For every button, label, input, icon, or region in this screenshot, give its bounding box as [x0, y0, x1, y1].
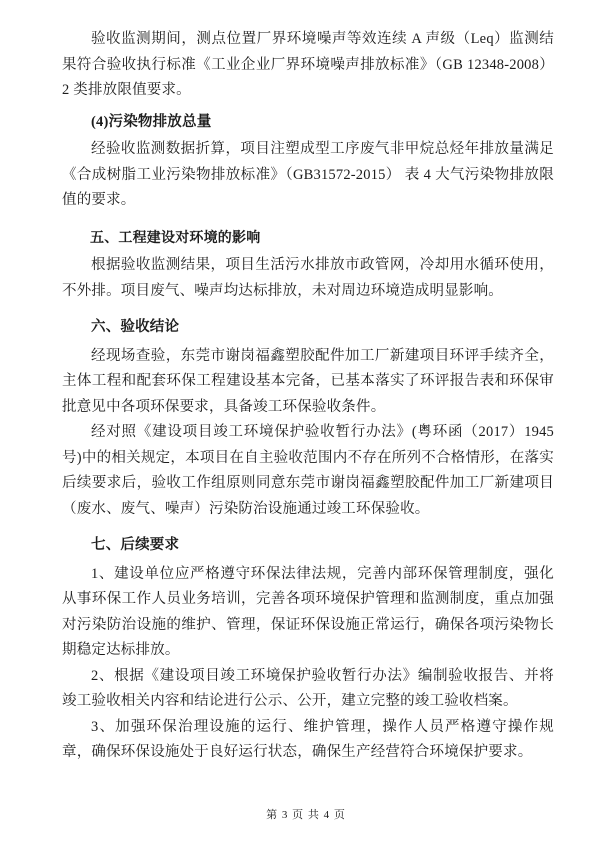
- page-number-footer: 第 3 页 共 4 页: [0, 806, 612, 822]
- paragraph-impact-summary: 根据验收监测结果，项目生活污水排放市政管网，冷却用水循环使用，不外排。项目废气、…: [62, 253, 554, 304]
- paragraph-noise-monitoring: 验收监测期间，测点位置厂界环境噪声等效连续 A 声级（Leq）监测结果符合验收执…: [62, 27, 554, 104]
- paragraph-emission-total: 经验收监测数据折算，项目注塑成型工序废气非甲烷总烃年排放量满足《合成树脂工业污染…: [62, 137, 554, 214]
- section-heading-seven-follow-up: 七、后续要求: [62, 533, 554, 559]
- section-heading-six-acceptance-conclusion: 六、验收结论: [62, 315, 554, 341]
- paragraph-site-inspection: 经现场查验，东莞市谢岗福鑫塑胶配件加工厂新建项目环评手续齐全，主体工程和配套环保…: [62, 344, 554, 421]
- document-body: 验收监测期间，测点位置厂界环境噪声等效连续 A 声级（Leq）监测结果符合验收执…: [62, 27, 554, 766]
- document-page: 验收监测期间，测点位置厂界环境噪声等效连续 A 声级（Leq）监测结果符合验收执…: [0, 0, 612, 844]
- paragraph-followup-item-3: 3、加强环保治理设施的运行、维护管理，操作人员严格遵守操作规章，确保环保设施处于…: [62, 715, 554, 766]
- paragraph-followup-item-2: 2、根据《建设项目竣工环境保护验收暂行办法》编制验收报告、并将竣工验收相关内容和…: [62, 664, 554, 715]
- section-heading-five-environment-impact: 五、工程建设对环境的影响: [62, 225, 554, 251]
- paragraph-followup-item-1: 1、建设单位应严格遵守环保法律法规，完善内部环保管理制度，强化从事环保工作人员业…: [62, 562, 554, 664]
- paragraph-acceptance-decision: 经对照《建设项目竣工环境保护验收暂行办法》(粤环函（2017）1945 号)中的…: [62, 420, 554, 522]
- subsection-heading-pollutant-total: (4)污染物排放总量: [62, 110, 554, 136]
